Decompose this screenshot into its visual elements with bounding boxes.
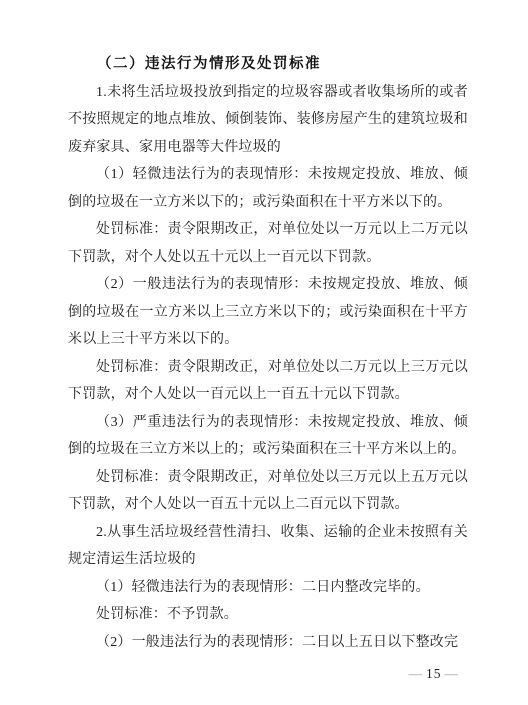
paragraph-item-2: 2.从事生活垃圾经营性清扫、收集、运输的企业未按照有关规定清运生活垃圾的 <box>68 519 468 574</box>
page-number-left-dash: — <box>406 666 427 681</box>
paragraph-penalty-1-1: 处罚标准：责令限期改正，对单位处以一万元以上二万元以下罚款，对个人处以五十元以上… <box>68 216 468 271</box>
paragraph-penalty-1-2: 处罚标准：责令限期改正，对单位处以二万元以上三万元以下罚款，对个人处以一百元以上… <box>68 354 468 409</box>
paragraph-penalty-1-3: 处罚标准：责令限期改正，对单位处以三万元以上五万元以下罚款，对个人处以一百五十元… <box>68 464 468 519</box>
paragraph-item-1: 1.未将生活垃圾投放到指定的垃圾容器或者收集场所的或者不按照规定的地点堆放、倾倒… <box>68 79 468 162</box>
section-heading: （二）违法行为情形及处罚标准 <box>68 51 468 79</box>
paragraph-clause-2-2: （2）一般违法行为的表现情形：二日以上五日以下整改完 <box>68 629 468 657</box>
document-page: （二）违法行为情形及处罚标准 1.未将生活垃圾投放到指定的垃圾容器或者收集场所的… <box>0 0 528 705</box>
page-number-value: 15 <box>426 666 442 681</box>
page-number-right-dash: — <box>442 666 463 681</box>
document-text-block: （二）违法行为情形及处罚标准 1.未将生活垃圾投放到指定的垃圾容器或者收集场所的… <box>68 51 468 656</box>
paragraph-clause-1-2: （2）一般违法行为的表现情形：未按规定投放、堆放、倾倒的垃圾在一立方米以上三立方… <box>68 271 468 354</box>
paragraph-clause-2-1: （1）轻微违法行为的表现情形：二日内整改完毕的。 <box>68 574 468 602</box>
paragraph-clause-1-1: （1）轻微违法行为的表现情形：未按规定投放、堆放、倾倒的垃圾在一立方米以下的；或… <box>68 161 468 216</box>
paragraph-clause-1-3: （3）严重违法行为的表现情形：未按规定投放、堆放、倾倒的垃圾在三立方米以上的；或… <box>68 409 468 464</box>
page-number: —15— <box>406 667 463 681</box>
paragraph-penalty-2-1: 处罚标准：不予罚款。 <box>68 601 468 629</box>
